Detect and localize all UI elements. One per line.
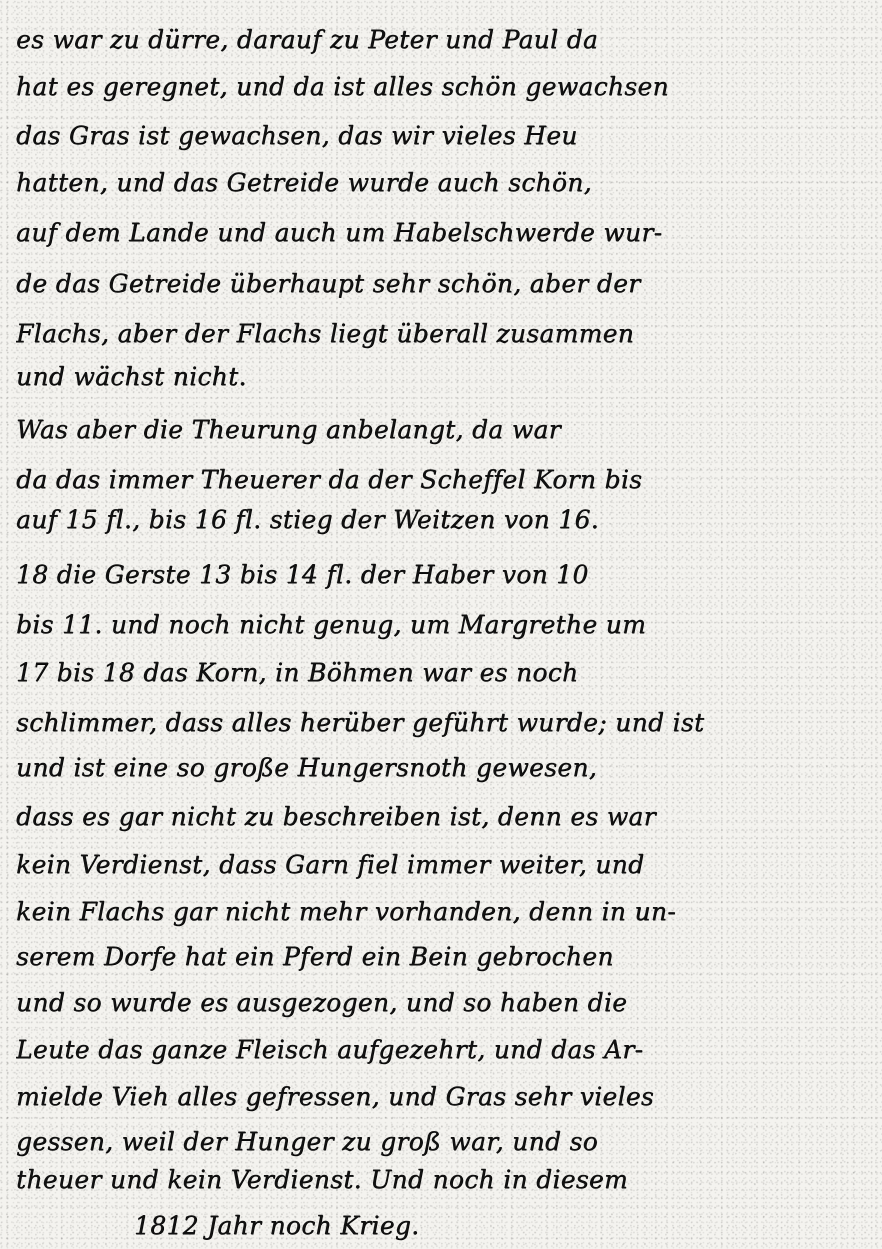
- manuscript-line-21: und so wurde es ausgezogen, und so haben…: [16, 983, 866, 1023]
- manuscript-line-12: 18 die Gerste 13 bis 14 fl. der Haber vo…: [16, 555, 866, 595]
- manuscript-line-8: und wächst nicht.: [16, 357, 866, 397]
- manuscript-line-16: und ist eine so große Hungersnoth gewese…: [16, 748, 866, 788]
- manuscript-line-11: auf 15 fl., bis 16 fl. stieg der Weitzen…: [16, 500, 866, 540]
- manuscript-line-20: serem Dorfe hat ein Pferd ein Bein gebro…: [16, 937, 866, 977]
- manuscript-line-5: auf dem Lande und auch um Habelschwerde …: [16, 213, 866, 253]
- manuscript-line-19: kein Flachs gar nicht mehr vorhanden, de…: [16, 892, 866, 932]
- manuscript-line-9: Was aber die Theurung anbelangt, da war: [16, 410, 866, 450]
- manuscript-line-13: bis 11. und noch nicht genug, um Margret…: [16, 605, 866, 645]
- manuscript-line-3: das Gras ist gewachsen, das wir vieles H…: [16, 116, 866, 156]
- manuscript-line-26: 1812 Jahr noch Krieg.: [134, 1206, 882, 1246]
- manuscript-line-25: theuer und kein Verdienst. Und noch in d…: [16, 1160, 866, 1200]
- manuscript-line-24: gessen, weil der Hunger zu groß war, und…: [16, 1122, 866, 1162]
- manuscript-line-7: Flachs, aber der Flachs liegt überall zu…: [16, 314, 866, 354]
- manuscript-line-18: kein Verdienst, dass Garn fiel immer wei…: [16, 845, 866, 885]
- manuscript-line-10: da das immer Theuerer da der Scheffel Ko…: [16, 460, 866, 500]
- manuscript-page: es war zu dürre, darauf zu Peter und Pau…: [0, 0, 882, 1249]
- manuscript-line-6: de das Getreide überhaupt sehr schön, ab…: [16, 264, 866, 304]
- manuscript-line-17: dass es gar nicht zu beschreiben ist, de…: [16, 797, 866, 837]
- manuscript-line-22: Leute das ganze Fleisch aufgezehrt, und …: [16, 1030, 866, 1070]
- manuscript-line-1: es war zu dürre, darauf zu Peter und Pau…: [16, 20, 866, 60]
- manuscript-line-4: hatten, und das Getreide wurde auch schö…: [16, 163, 866, 203]
- manuscript-line-2: hat es geregnet, und da ist alles schön …: [16, 67, 866, 107]
- manuscript-line-23: mielde Vieh alles gefressen, und Gras se…: [16, 1077, 866, 1117]
- manuscript-line-14: 17 bis 18 das Korn, in Böhmen war es noc…: [16, 653, 866, 693]
- manuscript-line-15: schlimmer, dass alles herüber geführt wu…: [16, 703, 866, 743]
